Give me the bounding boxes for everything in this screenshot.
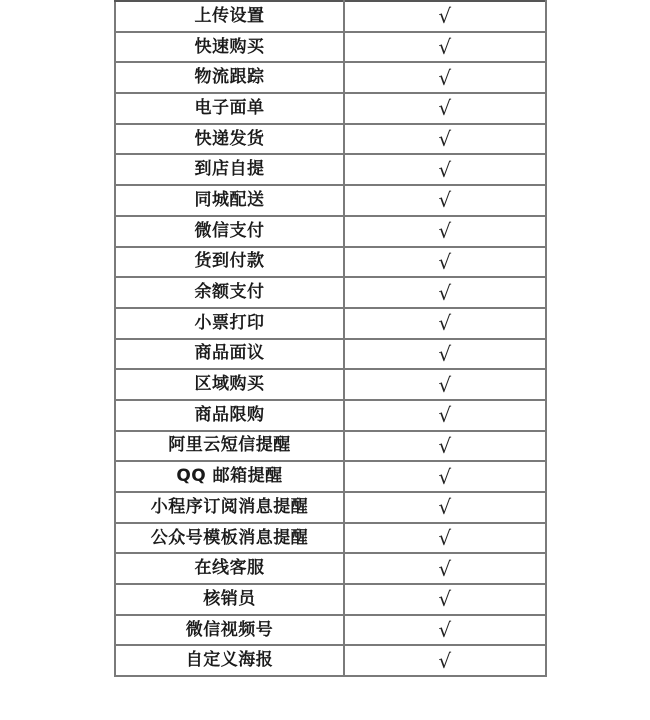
table-row: 阿里云短信提醒√: [115, 431, 546, 462]
checkmark-icon: √: [344, 32, 546, 63]
feature-name-cell: 上传设置: [115, 1, 344, 32]
checkmark-icon: √: [344, 154, 546, 185]
checkmark-icon: √: [344, 62, 546, 93]
table-row: 货到付款√: [115, 247, 546, 278]
table-row: 物流跟踪√: [115, 62, 546, 93]
checkmark-icon: √: [344, 308, 546, 339]
checkmark-icon: √: [344, 216, 546, 247]
feature-name-cell: 余额支付: [115, 277, 344, 308]
table-row: 到店自提√: [115, 154, 546, 185]
feature-name-cell: 商品面议: [115, 339, 344, 370]
table-row: 上传设置√: [115, 1, 546, 32]
feature-name-cell: 区域购买: [115, 369, 344, 400]
feature-name-cell: 商品限购: [115, 400, 344, 431]
feature-support-table: 上传设置√快速购买√物流跟踪√电子面单√快递发货√到店自提√同城配送√微信支付√…: [114, 0, 547, 677]
feature-name-cell: 核销员: [115, 584, 344, 615]
feature-name-cell: 物流跟踪: [115, 62, 344, 93]
checkmark-icon: √: [344, 277, 546, 308]
table-row: 自定义海报√: [115, 645, 546, 676]
feature-name-cell: 阿里云短信提醒: [115, 431, 344, 462]
feature-name-cell: 货到付款: [115, 247, 344, 278]
feature-name-cell: 快速购买: [115, 32, 344, 63]
checkmark-icon: √: [344, 93, 546, 124]
feature-name-cell: 电子面单: [115, 93, 344, 124]
feature-name-cell: 快递发货: [115, 124, 344, 155]
feature-name-cell: 公众号模板消息提醒: [115, 523, 344, 554]
checkmark-icon: √: [344, 615, 546, 646]
checkmark-icon: √: [344, 339, 546, 370]
checkmark-icon: √: [344, 124, 546, 155]
checkmark-icon: √: [344, 431, 546, 462]
feature-name-cell: 在线客服: [115, 553, 344, 584]
table-row: 小程序订阅消息提醒√: [115, 492, 546, 523]
feature-name-cell: QQ 邮箱提醒: [115, 461, 344, 492]
feature-name-cell: 自定义海报: [115, 645, 344, 676]
table-body: 上传设置√快速购买√物流跟踪√电子面单√快递发货√到店自提√同城配送√微信支付√…: [115, 1, 546, 676]
feature-name-cell: 小票打印: [115, 308, 344, 339]
feature-name-cell: 到店自提: [115, 154, 344, 185]
checkmark-icon: √: [344, 553, 546, 584]
checkmark-icon: √: [344, 523, 546, 554]
table-row: 余额支付√: [115, 277, 546, 308]
table-row: 快递发货√: [115, 124, 546, 155]
table-row: QQ 邮箱提醒√: [115, 461, 546, 492]
checkmark-icon: √: [344, 369, 546, 400]
checkmark-icon: √: [344, 492, 546, 523]
checkmark-icon: √: [344, 400, 546, 431]
table-row: 核销员√: [115, 584, 546, 615]
table-row: 商品限购√: [115, 400, 546, 431]
feature-name-cell: 同城配送: [115, 185, 344, 216]
table-row: 同城配送√: [115, 185, 546, 216]
checkmark-icon: √: [344, 461, 546, 492]
checkmark-icon: √: [344, 1, 546, 32]
checkmark-icon: √: [344, 247, 546, 278]
table-row: 商品面议√: [115, 339, 546, 370]
feature-name-cell: 微信支付: [115, 216, 344, 247]
table-row: 微信支付√: [115, 216, 546, 247]
checkmark-icon: √: [344, 185, 546, 216]
table-row: 公众号模板消息提醒√: [115, 523, 546, 554]
feature-name-cell: 小程序订阅消息提醒: [115, 492, 344, 523]
table-row: 快速购买√: [115, 32, 546, 63]
table-row: 电子面单√: [115, 93, 546, 124]
feature-name-cell: 微信视频号: [115, 615, 344, 646]
checkmark-icon: √: [344, 645, 546, 676]
checkmark-icon: √: [344, 584, 546, 615]
table-row: 在线客服√: [115, 553, 546, 584]
table-row: 小票打印√: [115, 308, 546, 339]
table-row: 区域购买√: [115, 369, 546, 400]
table-row: 微信视频号√: [115, 615, 546, 646]
